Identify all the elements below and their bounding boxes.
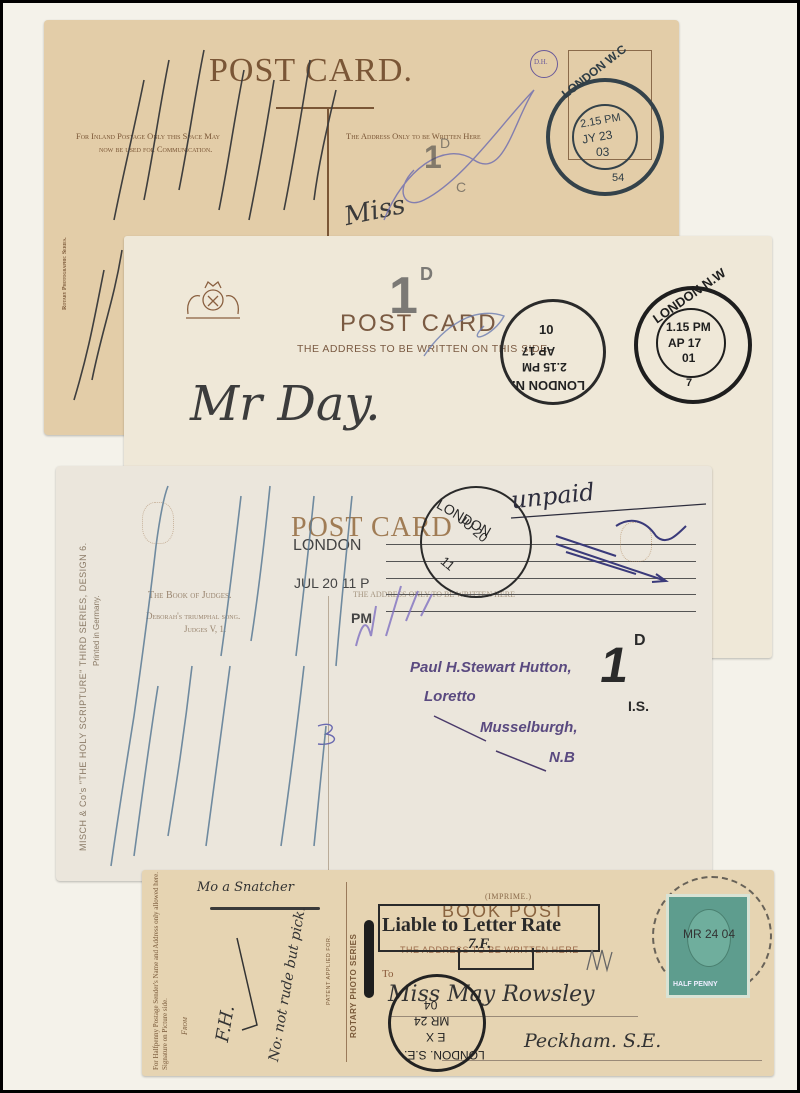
card4-halfpenny-stamp: HALF PENNY MR 24 04 [666,894,750,998]
card2-handwriting-address: Mr Day. [190,376,380,432]
card2-postmark-left-time: 2.15 PM [522,360,567,374]
card4-stamp-cancel: MR 24 04 [681,927,737,941]
card2-postmark-right-date: AP 17 [668,336,701,350]
svg-text:D: D [440,135,450,151]
card3-address-stamp-line-3: Musselburgh, [480,719,578,736]
scan-background: POST CARD. For Inland Postage Only this … [3,3,797,1090]
card3-due-mark-d: D [634,632,646,650]
postcard-1904: For Halfpenny Postage Sender's Name and … [142,870,774,1076]
card4-stamp-value: HALF PENNY [673,981,718,988]
card3-address-stamp-line-4: N.B [549,749,575,766]
card2-postmark-right-year: 01 [682,351,695,365]
card3-due-mark-suffix: I.S. [628,698,649,714]
card3-address-stamp-line-1: Paul H.Stewart Hutton, [410,659,572,676]
card2-postmark-left-code: 10 [539,322,553,337]
card2-postmark-right-office: 7 [686,377,692,389]
card2-postmark-left-date: AP 17 [522,344,555,358]
card3-address-stamp-line-2: Loretto [424,688,476,705]
card2-postmark-left-city: LONDON N. [512,378,585,393]
postcard-1911: MISCH & Co's "THE HOLY SCRIPTURE" THIRD … [56,466,712,881]
svg-text:C: C [456,179,466,195]
card2-postmark-right-time: 1.15 PM [666,320,711,334]
